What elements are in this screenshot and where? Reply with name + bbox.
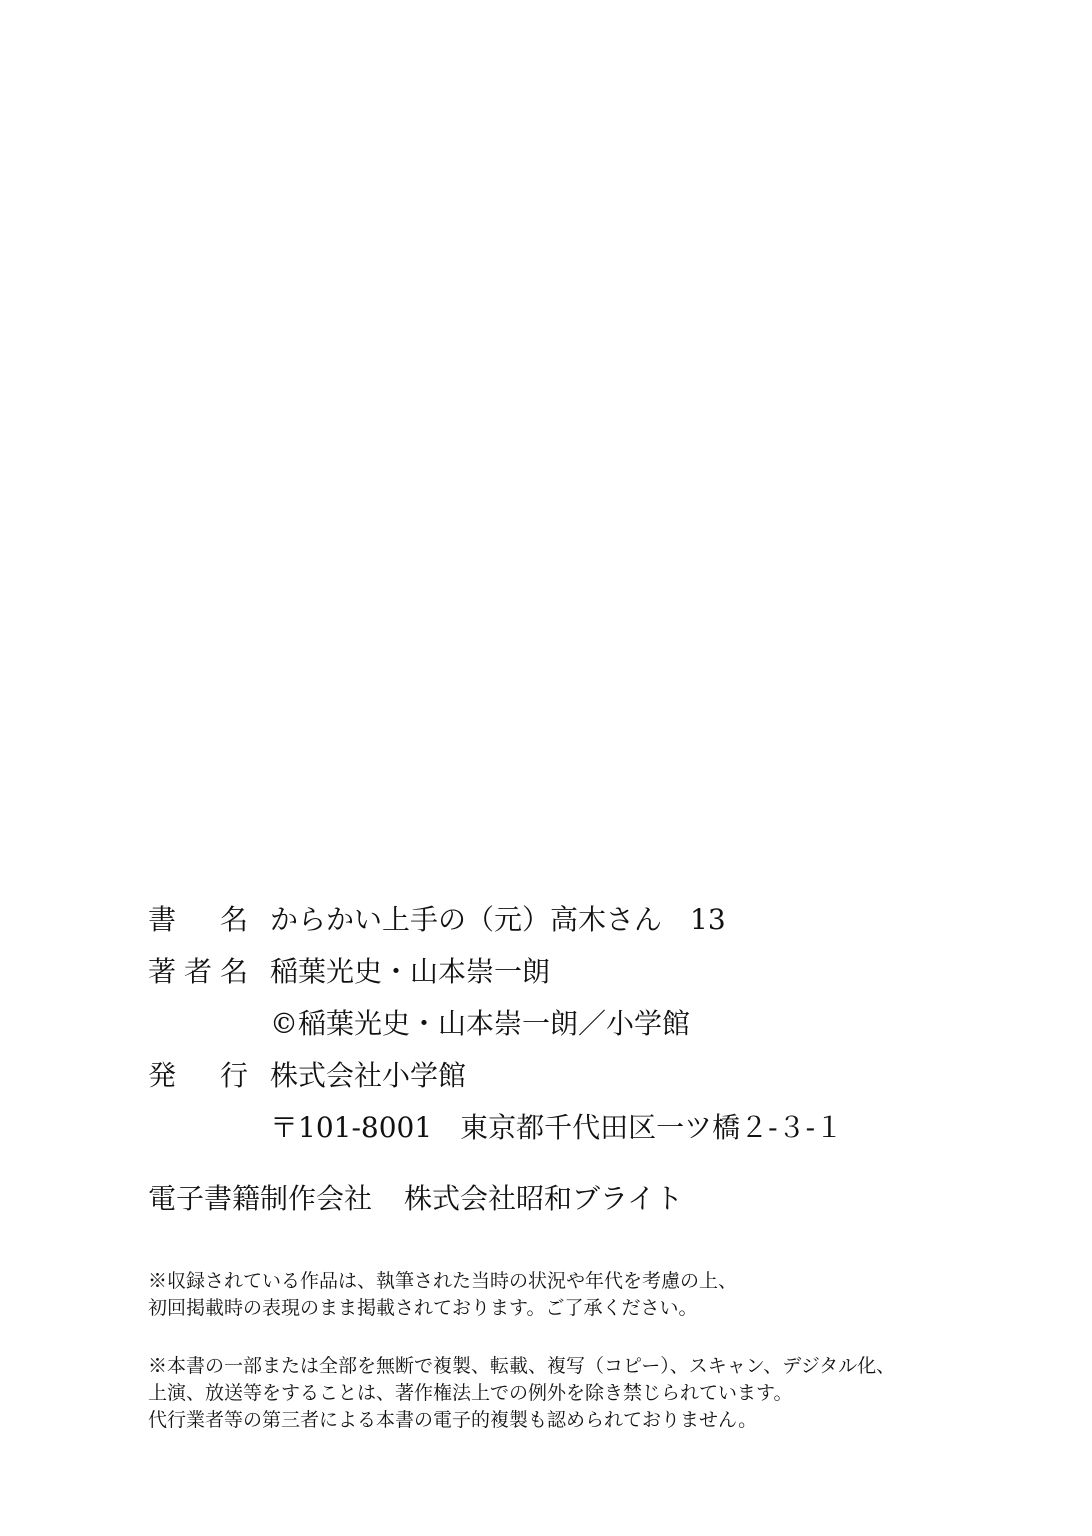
author-label-char: 名 [220,950,248,994]
title-label: 書 名 [148,898,248,942]
author-label: 著 者 名 [148,950,248,994]
producer-label: 電子書籍制作会社 [148,1182,372,1215]
notice-line: ※収録されている作品は、執筆された当時の状況や年代を考慮の上、 [148,1268,737,1295]
title-label-char: 名 [220,898,248,942]
producer-name: 株式会社昭和ブライト [404,1182,683,1215]
publisher-name: 株式会社小学館 [270,1054,466,1098]
author-label-char: 者 [184,950,212,994]
notice-line: 上演、放送等をすることは、著作権法上での例外を除き禁じられています。 [148,1380,895,1407]
notice-copyright: ※本書の一部または全部を無断で複製、転載、複写（コピー）、スキャン、デジタル化、… [148,1353,895,1434]
book-title: からかい上手の（元）高木さん 13 [270,898,726,942]
publisher-address: 〒101‐8001 東京都千代田区一ツ橋２‐３‐１ [270,1106,843,1150]
publisher-label-char: 発 [148,1054,176,1098]
ebook-producer: 電子書籍制作会社株式会社昭和ブライト [148,1177,683,1221]
notice-line: 初回掲載時の表現のまま掲載されております。ご了承ください。 [148,1295,737,1322]
notice-line: 代行業者等の第三者による本書の電子的複製も認められておりません。 [148,1407,895,1434]
author-label-char: 著 [148,950,176,994]
title-label-char: 書 [148,898,176,942]
notice-line: ※本書の一部または全部を無断で複製、転載、複写（コピー）、スキャン、デジタル化、 [148,1353,895,1380]
notice-original-expression: ※収録されている作品は、執筆された当時の状況や年代を考慮の上、 初回掲載時の表現… [148,1268,737,1322]
author-names: 稲葉光史・山本崇一朗 [270,950,550,994]
copyright-notice: ©稲葉光史・山本崇一朗／小学館 [270,1002,690,1046]
publisher-label-char: 行 [220,1054,248,1098]
publisher-label: 発 行 [148,1054,248,1098]
